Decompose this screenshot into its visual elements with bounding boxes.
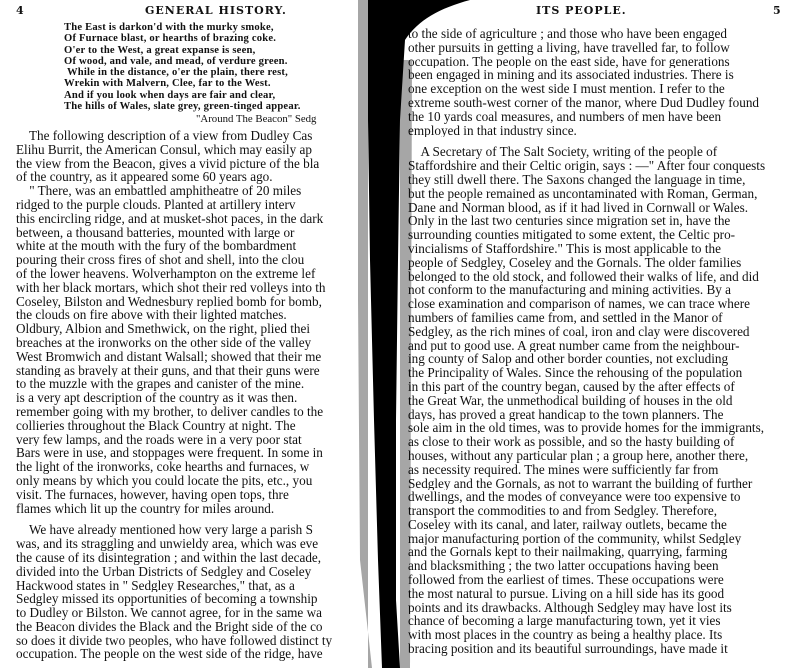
text-line: one exception on the west side I must me… — [408, 82, 780, 96]
text-line: ridged to the purple clouds. Planted at … — [16, 198, 366, 212]
text-line: remember going with my brother, to deliv… — [16, 405, 366, 419]
text-line: in this part of the country began, cause… — [408, 380, 780, 394]
text-line: visit. The furnaces, however, having ope… — [16, 488, 366, 502]
text-line: followed from the earliest of times. The… — [408, 573, 780, 587]
text-line: days, has proved a great handicap to the… — [408, 408, 780, 422]
running-head-right: ITS PEOPLE. — [536, 4, 627, 17]
running-head-left: GENERAL HISTORY. — [145, 4, 287, 17]
text-line: Coseley, Bilston and Wednesbury replied … — [16, 295, 366, 309]
poem-line: And if you look when days are fair and c… — [64, 90, 301, 101]
text-line: was, and its straggling and unwieldy are… — [16, 537, 366, 551]
text-line: numbers of families came from, and settl… — [408, 311, 780, 325]
right-body-text: to the side of agriculture ; and those w… — [408, 27, 780, 656]
poem-line: The hills of Wales, slate grey, green-ti… — [64, 101, 301, 112]
text-line: to the side of agriculture ; and those w… — [408, 27, 780, 41]
text-line: of the lower heavens. Wolverhampton on t… — [16, 267, 366, 281]
text-line: " There, was an embattled amphitheatre o… — [16, 184, 366, 198]
text-line: bracing position and its beautiful surro… — [408, 642, 780, 656]
page-number-left: 4 — [16, 4, 24, 17]
text-line: pouring their cross fires of shot and sh… — [16, 253, 366, 267]
text-line: employed in that industry since. — [408, 124, 780, 138]
text-line: collieries throughout the Black Country … — [16, 419, 366, 433]
text-line: Sedgley, as the rich mines of coal, iron… — [408, 325, 780, 339]
text-line: divided into the Urban Districts of Sedg… — [16, 565, 366, 579]
text-line: to Dudley or Bilston. We cannot agree, f… — [16, 606, 366, 620]
text-line: between, a thousand batteries, mounted w… — [16, 226, 366, 240]
text-line: the Great War, the unmethodical building… — [408, 394, 780, 408]
text-line: Oldbury, Albion and Smethwick, on the ri… — [16, 322, 366, 336]
text-line: Dane and Norman blood, as if it had live… — [408, 201, 780, 215]
left-body-text: The following description of a view from… — [16, 129, 366, 661]
text-line: they still dwell there. The Saxons chang… — [408, 173, 780, 187]
text-line: Hackwood states in " Sedgley Researches,… — [16, 579, 366, 593]
paragraph-gap — [16, 515, 366, 523]
text-line: flames which lit up the country for mile… — [16, 502, 366, 516]
text-line: the 10 yards coal measures, and numbers … — [408, 110, 780, 124]
text-line: and put to good use. A great number came… — [408, 339, 780, 353]
text-line: standing as bravely at their guns, and t… — [16, 364, 366, 378]
text-line: sole aim in the old times, was to provid… — [408, 421, 780, 435]
text-line: close examination and comparison of name… — [408, 297, 780, 311]
left-page: 4 GENERAL HISTORY. The East is darkon'd … — [0, 0, 400, 668]
text-line: surrounding counties mitigated to some e… — [408, 228, 780, 242]
text-line: We have already mentioned how very large… — [16, 523, 366, 537]
poem-line: While in the distance, o'er the plain, t… — [64, 67, 301, 78]
text-line: chance of becoming a large manufacturing… — [408, 614, 780, 628]
text-line: West Bromwich and distant Walsall; showe… — [16, 350, 366, 364]
poem-line: Wrekin with Malvern, Clee, far to the We… — [64, 78, 301, 89]
text-line: Elihu Burrit, the American Consul, which… — [16, 143, 366, 157]
text-line: breaches at the ironworks on the other s… — [16, 336, 366, 350]
text-line: occupation. The people on the west side … — [16, 647, 366, 661]
text-line: white at the mouth with the fury of the … — [16, 239, 366, 253]
text-line: people of Sedgley, Coseley and the Gorna… — [408, 256, 780, 270]
poem-line: The East is darkon'd with the murky smok… — [64, 22, 301, 33]
text-line: this encircling ridge, and at musket-sho… — [16, 212, 366, 226]
text-line: other pursuits in getting a living, have… — [408, 41, 780, 55]
text-line: A Secretary of The Salt Society, writing… — [408, 145, 780, 159]
text-line: as necessity required. The mines were su… — [408, 463, 780, 477]
text-line: the view from the Beacon, gives a vivid … — [16, 157, 366, 171]
text-line: very few lamps, and the roads were in a … — [16, 433, 366, 447]
poem-line: Of Furnace blast, or hearths of brazing … — [64, 33, 301, 44]
poem-epigraph: The East is darkon'd with the murky smok… — [64, 22, 301, 112]
text-line: major manufacturing portion of the commu… — [408, 532, 780, 546]
text-line: vincialisms of Staffordshire." This is m… — [408, 242, 780, 256]
text-line: only means by which you could locate the… — [16, 474, 366, 488]
text-line: houses, without any particular plan ; a … — [408, 449, 780, 463]
poem-attribution: "Around The Beacon" Sedg — [196, 113, 316, 125]
poem-line: O'er to the West, a great expanse is see… — [64, 45, 301, 56]
text-line: Sedgley missed its opportunities of beco… — [16, 592, 366, 606]
text-line: been engaged in mining and its associate… — [408, 68, 780, 82]
text-line: but the people remained as uncontaminate… — [408, 187, 780, 201]
text-line: ing county of Salop and other border cou… — [408, 352, 780, 366]
poem-line: Of wood, and vale, and mead, of verdure … — [64, 56, 301, 67]
text-line: extreme south-west corner of the manor, … — [408, 96, 780, 110]
text-line: The following description of a view from… — [16, 129, 366, 143]
text-line: transport the commodities to and from Se… — [408, 504, 780, 518]
text-line: occupation. The people on the east side,… — [408, 55, 780, 69]
text-line: and the Gornals kept to their nailmaking… — [408, 545, 780, 559]
text-line: Sedgley and the Gornals, as not to warra… — [408, 477, 780, 491]
text-line: dwellings, and the modes of conveyance w… — [408, 490, 780, 504]
text-line: is a very apt description of the country… — [16, 391, 366, 405]
page-number-right: 5 — [773, 4, 781, 17]
text-line: so does it divide two peoples, who have … — [16, 634, 366, 648]
text-line: Coseley with its canal, and later, railw… — [408, 518, 780, 532]
text-line: as close to their work as possible, and … — [408, 435, 780, 449]
text-line: not conform to the manufacturing and min… — [408, 283, 780, 297]
text-line: Staffordshire and their Celtic origin, s… — [408, 159, 780, 173]
text-line: with her black mortars, which shot their… — [16, 281, 366, 295]
text-line: with most places in the country as being… — [408, 628, 780, 642]
text-line: the cause of its disintegration ; and wi… — [16, 551, 366, 565]
text-line: to the muzzle with the grapes and canist… — [16, 377, 366, 391]
text-line: the most natural to pursue. Living on a … — [408, 587, 780, 601]
text-line: points and its drawbacks. Although Sedgl… — [408, 601, 780, 615]
text-line: the light of the ironworks, coke hearths… — [16, 460, 366, 474]
text-line: the clouds on fire above with their ligh… — [16, 308, 366, 322]
text-line: the Principality of Wales. Since the reh… — [408, 366, 780, 380]
right-page: ITS PEOPLE. 5 to the side of agriculture… — [400, 0, 800, 668]
text-line: Only in the last two centuries since mig… — [408, 214, 780, 228]
text-line: of the country, as it appeared some 60 y… — [16, 170, 366, 184]
text-line: the Beacon divides the Black and the Bri… — [16, 620, 366, 634]
text-line: Bars were in use, and stoppages were fre… — [16, 446, 366, 460]
text-line: belonged to the old stock, and followed … — [408, 270, 780, 284]
text-line: and blacksmithing ; the two latter occup… — [408, 559, 780, 573]
paragraph-gap — [408, 137, 780, 145]
